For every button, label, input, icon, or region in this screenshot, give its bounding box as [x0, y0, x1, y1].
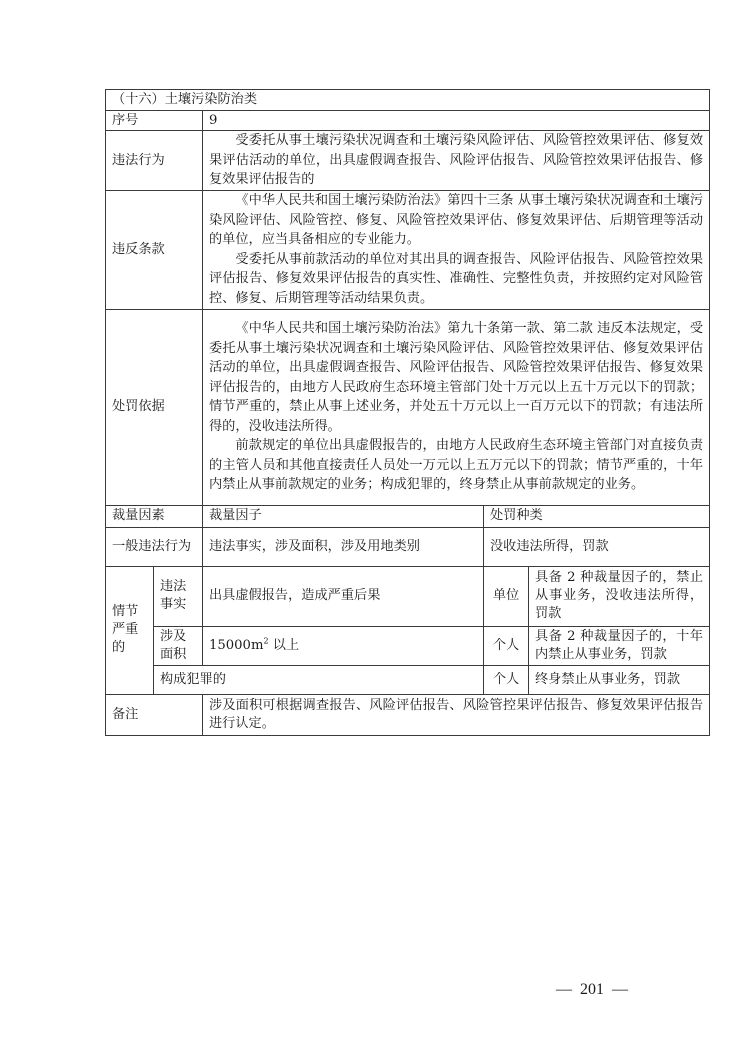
serious-area-row: 涉及面积 15000m2 以上 个人 具备 2 种裁量因子的，十年内禁止从事业务… — [106, 626, 710, 665]
section-title: （十六）土壤污染防治类 — [106, 90, 710, 111]
serious-crime-penalty: 终身禁止从事业务，罚款 — [529, 665, 710, 694]
sequence-row: 序号 9 — [106, 110, 710, 131]
discretion-factor-label: 裁量因素 — [106, 505, 203, 527]
serious-fact-row: 情节严重的 违法事实 出具虚假报告，造成严重后果 单位 具备 2 种裁量因子的，… — [106, 566, 710, 626]
sequence-label: 序号 — [106, 110, 203, 131]
penalty-discretion-table: （十六）土壤污染防治类 序号 9 违法行为 受委托从事土壤污染状况调查和土壤污染… — [105, 89, 710, 736]
serious-area-sublabel: 涉及面积 — [154, 626, 203, 665]
violation-cell: 受委托从事土壤污染状况调查和土壤污染风险评估、风险管控效果评估、修复效果评估活动… — [203, 131, 710, 191]
penalty-type-column-header: 处罚种类 — [484, 505, 710, 527]
violated-clause-paragraph: 《中华人民共和国土壤污染防治法》第四十三条 从事土壤污染状况调查和土壤污染风险评… — [209, 191, 703, 250]
penalty-basis-paragraph: 《中华人民共和国土壤污染防治法》第九十条第一款、第二款 违反本法规定，受委托从事… — [209, 319, 703, 436]
violated-clause-label: 违反条款 — [106, 190, 203, 309]
discretion-factor-column-header: 裁量因子 — [203, 505, 484, 527]
general-violation-row: 一般违法行为 违法事实，涉及面积，涉及用地类别 没收违法所得，罚款 — [106, 527, 710, 566]
area-value: 15000m — [209, 638, 263, 653]
serious-fact-factor: 出具虚假报告，造成严重后果 — [203, 566, 484, 626]
serious-crime-factor: 构成犯罪的 — [154, 665, 484, 694]
penalty-basis-row: 处罚依据 《中华人民共和国土壤污染防治法》第九十条第一款、第二款 违反本法规定，… — [106, 309, 710, 505]
violated-clause-paragraph: 受委托从事前款活动的单位对其出具的调查报告、风险评估报告、风险管控效果评估报告、… — [209, 250, 703, 309]
general-violation-factor: 违法事实，涉及面积，涉及用地类别 — [203, 527, 484, 566]
serious-crime-subject: 个人 — [484, 665, 529, 694]
penalty-basis-label: 处罚依据 — [106, 309, 203, 505]
violation-text: 受委托从事土壤污染状况调查和土壤污染风险评估、风险管控效果评估、修复效果评估活动… — [209, 131, 703, 190]
penalty-basis-paragraph: 前款规定的单位出具虚假报告的，由地方人民政府生态环境主管部门对直接负责的主管人员… — [209, 436, 703, 495]
violated-clause-cell: 《中华人民共和国土壤污染防治法》第四十三条 从事土壤污染状况调查和土壤污染风险评… — [203, 190, 710, 309]
note-label: 备注 — [106, 694, 203, 735]
serious-area-factor: 15000m2 以上 — [203, 626, 484, 665]
sequence-value: 9 — [203, 110, 710, 131]
note-text: 涉及面积可根据调查报告、风险评估报告、风险管控果评估报告、修复效果评估报告进行认… — [203, 694, 710, 735]
serious-area-subject: 个人 — [484, 626, 529, 665]
page-number: — 201 — — [556, 981, 628, 999]
violation-label: 违法行为 — [106, 131, 203, 191]
serious-fact-subject: 单位 — [484, 566, 529, 626]
serious-label: 情节严重的 — [106, 566, 154, 694]
general-violation-penalty: 没收违法所得，罚款 — [484, 527, 710, 566]
note-row: 备注 涉及面积可根据调查报告、风险评估报告、风险管控果评估报告、修复效果评估报告… — [106, 694, 710, 735]
violation-row: 违法行为 受委托从事土壤污染状况调查和土壤污染风险评估、风险管控效果评估、修复效… — [106, 131, 710, 191]
penalty-basis-cell: 《中华人民共和国土壤污染防治法》第九十条第一款、第二款 违反本法规定，受委托从事… — [203, 309, 710, 505]
section-title-row: （十六）土壤污染防治类 — [106, 90, 710, 111]
general-violation-label: 一般违法行为 — [106, 527, 203, 566]
serious-fact-penalty: 具备 2 种裁量因子的，禁止从事业务，没收违法所得，罚款 — [529, 566, 710, 626]
serious-crime-row: 构成犯罪的 个人 终身禁止从事业务，罚款 — [106, 665, 710, 694]
discretion-header-row: 裁量因素 裁量因子 处罚种类 — [106, 505, 710, 527]
serious-fact-sublabel: 违法事实 — [154, 566, 203, 626]
violated-clause-row: 违反条款 《中华人民共和国土壤污染防治法》第四十三条 从事土壤污染状况调查和土壤… — [106, 190, 710, 309]
area-suffix: 以上 — [269, 638, 300, 653]
serious-area-penalty: 具备 2 种裁量因子的，十年内禁止从事业务，罚款 — [529, 626, 710, 665]
